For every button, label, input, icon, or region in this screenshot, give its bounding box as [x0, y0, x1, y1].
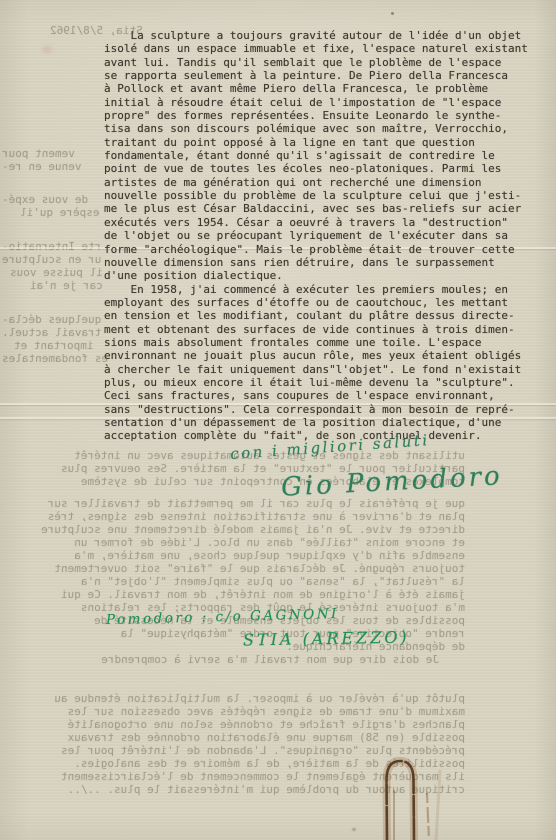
- pink-smudge: [42, 46, 52, 53]
- paperclip-rust-mark: [0, 0, 556, 840]
- letter-page: Stia, 5/8/1962vement pourvenue en re-de …: [0, 0, 556, 840]
- rust-speck: [352, 828, 356, 831]
- ink-speck: [391, 12, 394, 15]
